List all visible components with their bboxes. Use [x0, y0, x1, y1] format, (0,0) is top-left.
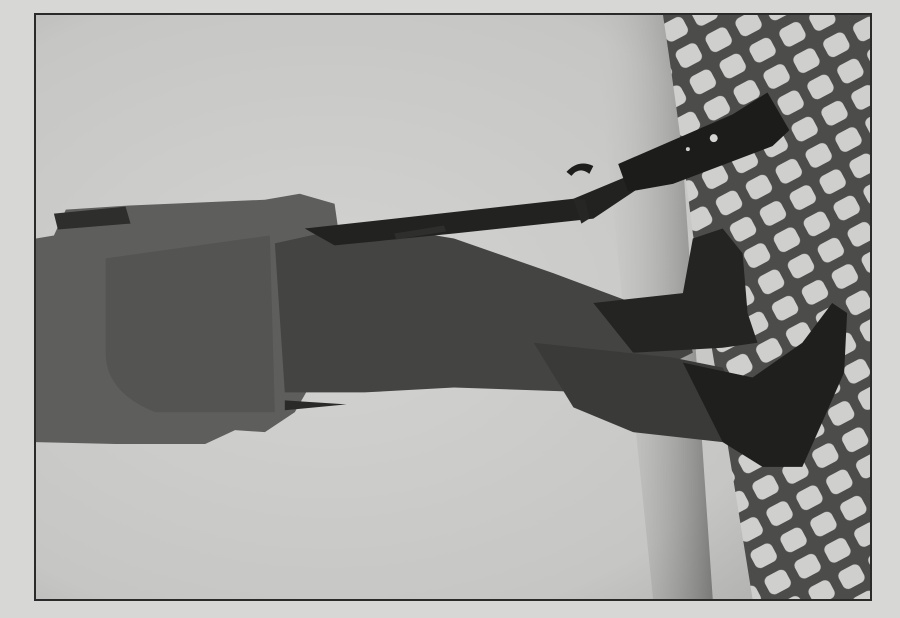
- photograph-frame: [34, 13, 872, 601]
- rifle-stock-disc: [710, 134, 718, 142]
- page: [0, 0, 900, 618]
- photograph: [36, 15, 870, 599]
- rifle-stock-rivet: [686, 147, 690, 151]
- coat-flap: [106, 235, 275, 412]
